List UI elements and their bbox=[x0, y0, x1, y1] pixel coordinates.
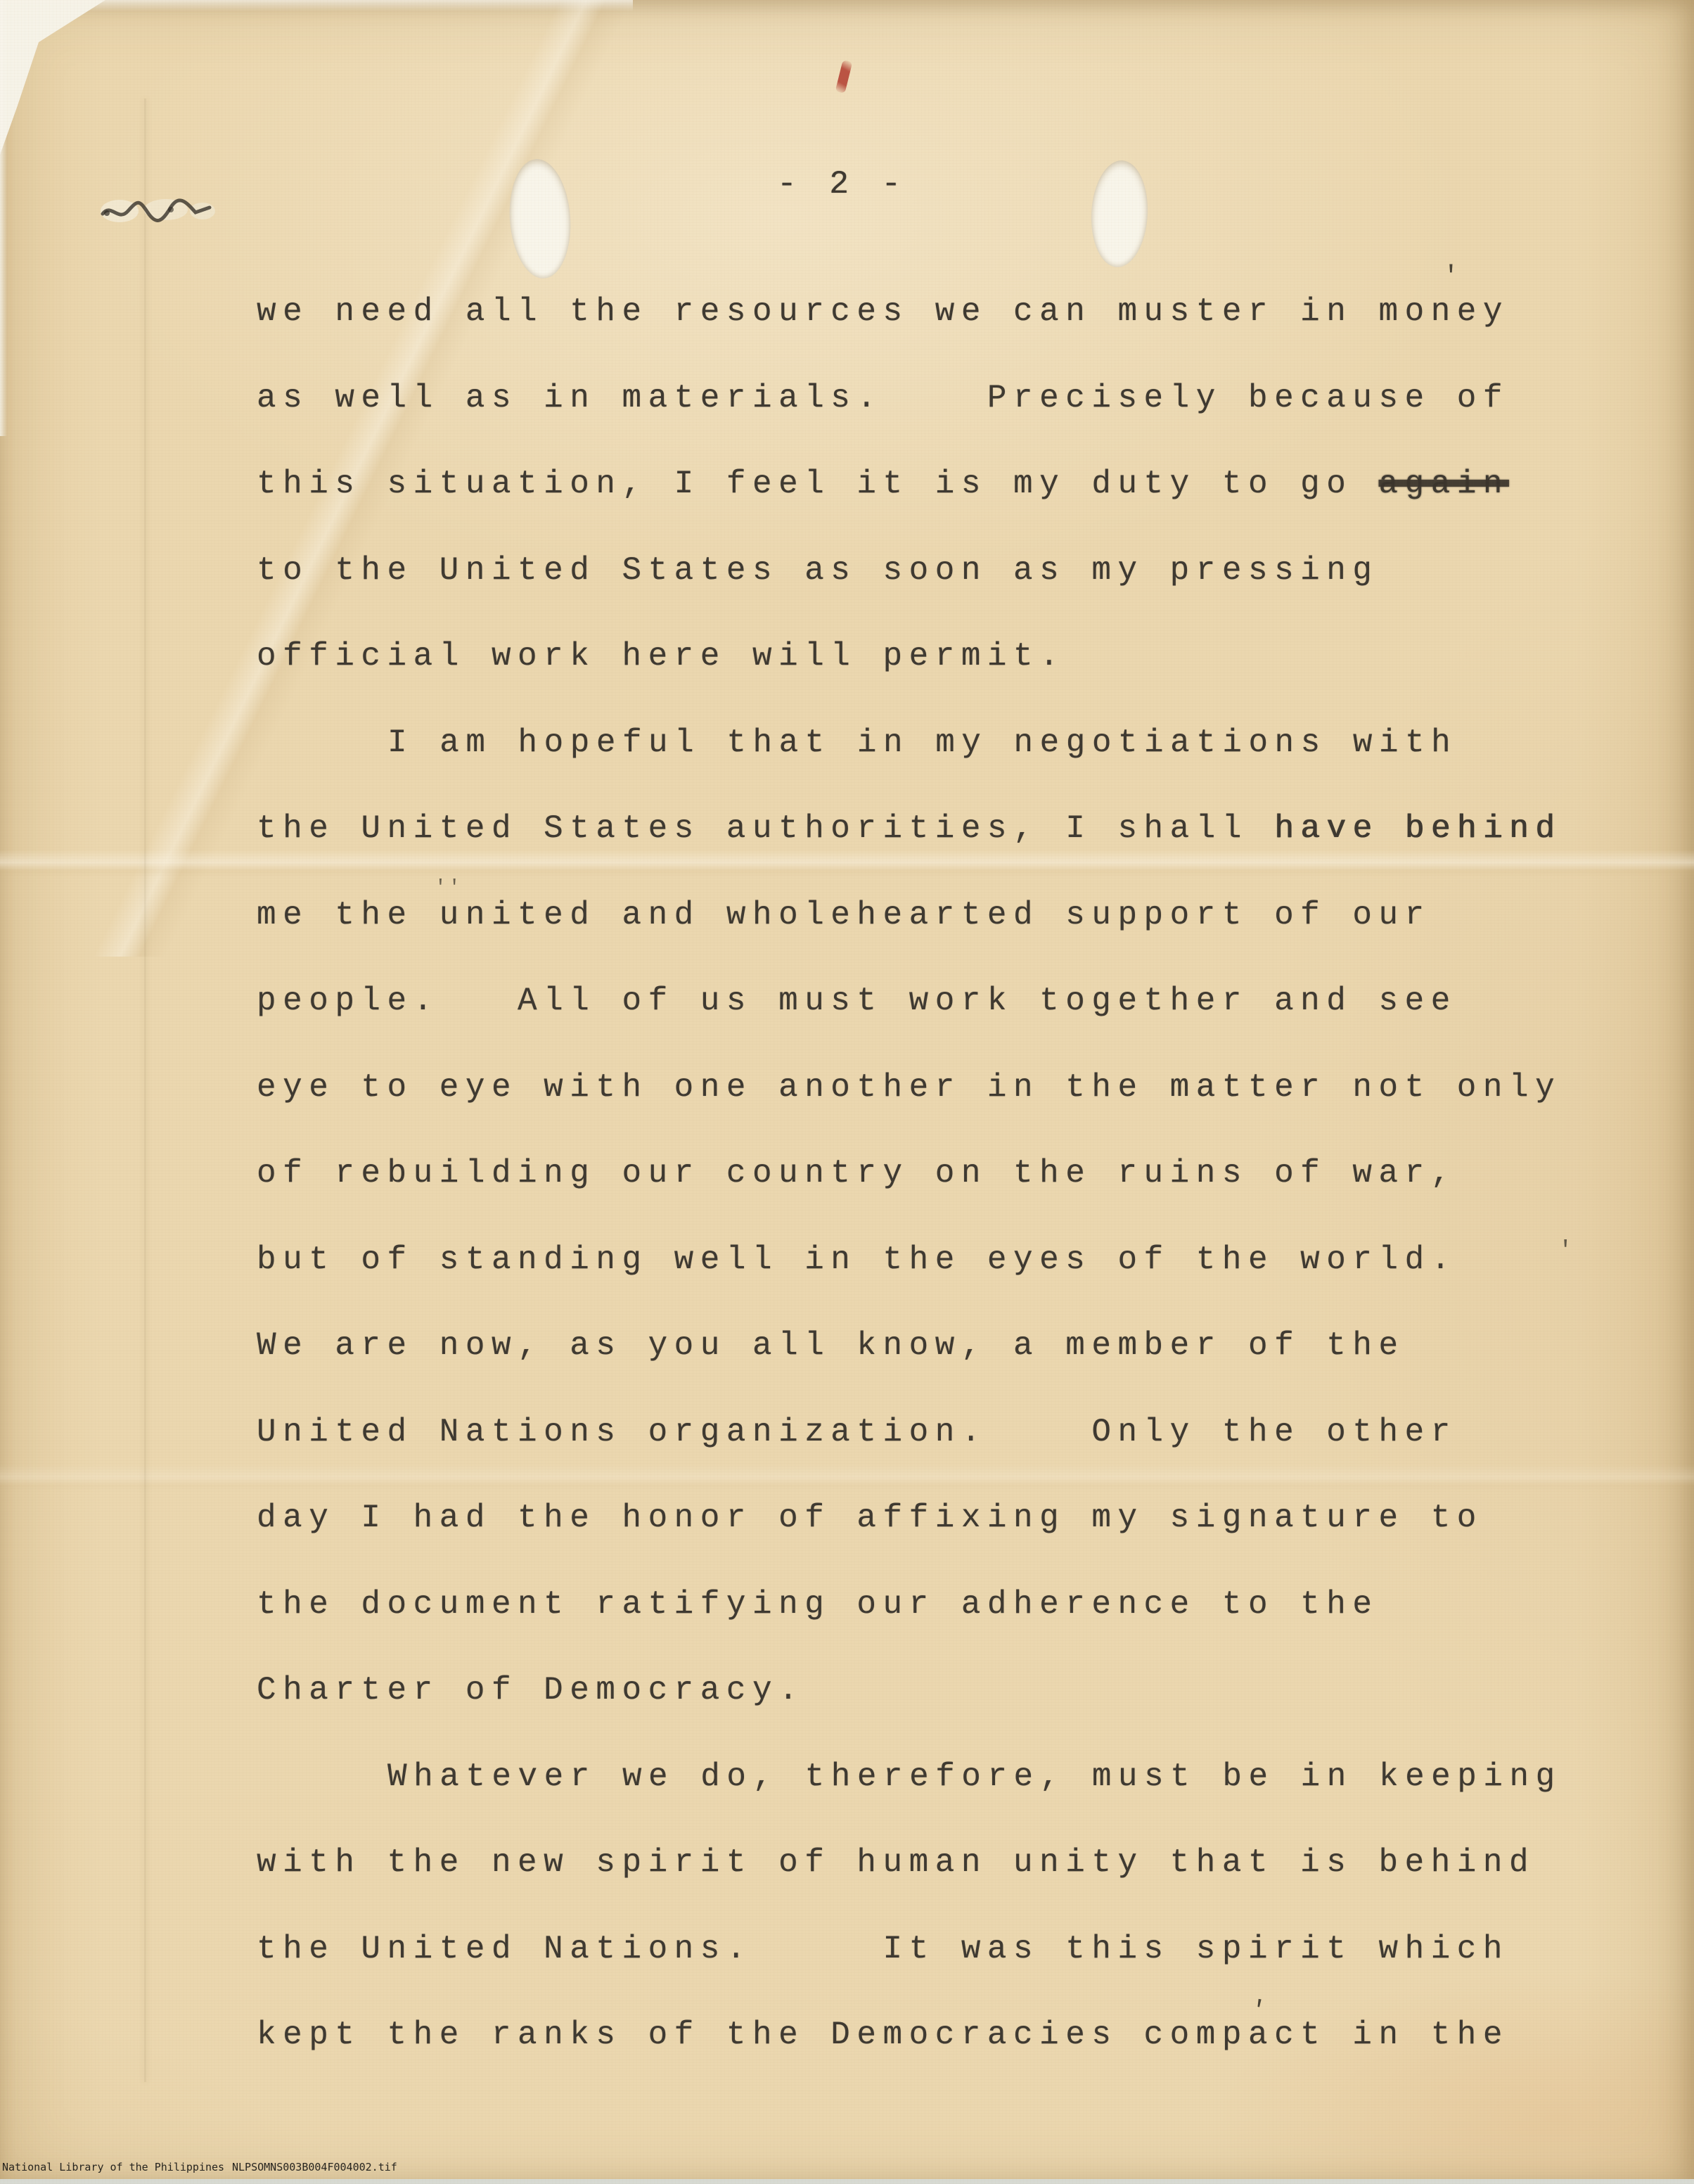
typed-line: of rebuilding our country on the ruins o… bbox=[257, 1154, 1562, 1240]
punch-hole-left bbox=[506, 157, 575, 281]
typed-segment: I am hopeful that in my negotiations wit… bbox=[387, 724, 1457, 761]
typed-line: the United Nations. It was this spirit w… bbox=[257, 1929, 1562, 2016]
typed-segment: We are now, as you all know, a member of… bbox=[257, 1327, 1405, 1364]
torn-corner-artifact bbox=[0, 0, 105, 155]
scan-footer: National Library of the Philippines NLPS… bbox=[0, 2159, 1694, 2178]
typed-line: as well as in materials. Precisely becau… bbox=[257, 378, 1562, 465]
typed-segment: the United States authorities, I shall bbox=[257, 810, 1274, 847]
typed-segment: official work here will permit. bbox=[257, 638, 1065, 675]
typed-line: We are now, as you all know, a member of… bbox=[257, 1326, 1562, 1412]
punch-hole-right bbox=[1089, 159, 1150, 269]
footer-filename-label: NLPSOMNS003B004F004002.tif bbox=[232, 2161, 397, 2173]
stray-ink-mark: ' bbox=[1558, 1238, 1572, 1265]
stray-ink-mark: ' bbox=[1443, 262, 1459, 292]
typed-line: I am hopeful that in my negotiations wit… bbox=[257, 723, 1562, 810]
typed-segment: as well as in materials. Precisely becau… bbox=[257, 380, 1509, 416]
typed-line: me the united and wholehearted support o… bbox=[257, 895, 1562, 982]
typed-line: people. All of us must work together and… bbox=[257, 981, 1562, 1068]
footer-library-label: National Library of the Philippines bbox=[2, 2161, 224, 2173]
typed-line: eye to eye with one another in the matte… bbox=[257, 1068, 1562, 1154]
typed-line: we need all the resources we can muster … bbox=[257, 292, 1562, 378]
typed-line: but of standing well in the eyes of the … bbox=[257, 1240, 1562, 1327]
typed-segment: kept the ranks of the Democracies compac… bbox=[257, 2017, 1509, 2053]
typed-line: with the new spirit of human unity that … bbox=[257, 1843, 1562, 1929]
scan-edge-top bbox=[0, 0, 633, 11]
typed-segment: people. All of us must work together and… bbox=[257, 983, 1457, 1019]
typed-segment-overstruck: have behind bbox=[1274, 810, 1561, 847]
typed-lines: we need all the resources we can muster … bbox=[257, 292, 1562, 2102]
staple-mark bbox=[97, 190, 221, 231]
typed-segment: this situation, I feel it is my duty to … bbox=[257, 466, 1379, 502]
typed-line: day I had the honor of affixing my signa… bbox=[257, 1498, 1562, 1585]
typed-segment: the document ratifying our adherence to … bbox=[257, 1586, 1379, 1623]
paper-crease-vertical bbox=[144, 98, 146, 2082]
typed-segment: eye to eye with one another in the matte… bbox=[257, 1069, 1561, 1106]
typed-segment: Charter of Democracy. bbox=[257, 1672, 804, 1709]
typed-line: to the United States as soon as my press… bbox=[257, 551, 1562, 637]
typed-segment: we need all the resources we can muster … bbox=[257, 293, 1509, 330]
typed-line: Charter of Democracy. bbox=[257, 1671, 1562, 1757]
typed-segment: but of standing well in the eyes of the … bbox=[257, 1241, 1457, 1278]
typed-line: United Nations organization. Only the ot… bbox=[257, 1412, 1562, 1499]
typed-segment-struck: again bbox=[1379, 466, 1510, 502]
typed-segment: Whatever we do, therefore, must be in ke… bbox=[387, 1758, 1562, 1795]
typed-segment: day I had the honor of affixing my signa… bbox=[257, 1500, 1483, 1536]
stray-ink-mark: '' bbox=[435, 877, 463, 899]
typed-line: this situation, I feel it is my duty to … bbox=[257, 464, 1562, 551]
typed-segment: me the united and wholehearted support o… bbox=[257, 897, 1431, 933]
typed-segment: of rebuilding our country on the ruins o… bbox=[257, 1155, 1457, 1192]
typed-line: Whatever we do, therefore, must be in ke… bbox=[257, 1757, 1562, 1844]
typed-segment: the United Nations. It was this spirit w… bbox=[257, 1931, 1509, 1967]
page-number: - 2 - bbox=[777, 166, 908, 203]
red-pen-mark bbox=[835, 60, 853, 94]
typed-line: the document ratifying our adherence to … bbox=[257, 1585, 1562, 1671]
scan-edge-left bbox=[0, 0, 7, 436]
document-page: - 2 - we need all the resources we can m… bbox=[0, 0, 1694, 2184]
typed-line: official work here will permit. bbox=[257, 637, 1562, 723]
typed-segment: United Nations organization. Only the ot… bbox=[257, 1414, 1457, 1450]
typed-segment: to the United States as soon as my press… bbox=[257, 552, 1379, 589]
typed-segment: with the new spirit of human unity that … bbox=[257, 1844, 1535, 1881]
typed-line: kept the ranks of the Democracies compac… bbox=[257, 2015, 1562, 2102]
scan-bottom-edge bbox=[0, 2179, 1694, 2184]
